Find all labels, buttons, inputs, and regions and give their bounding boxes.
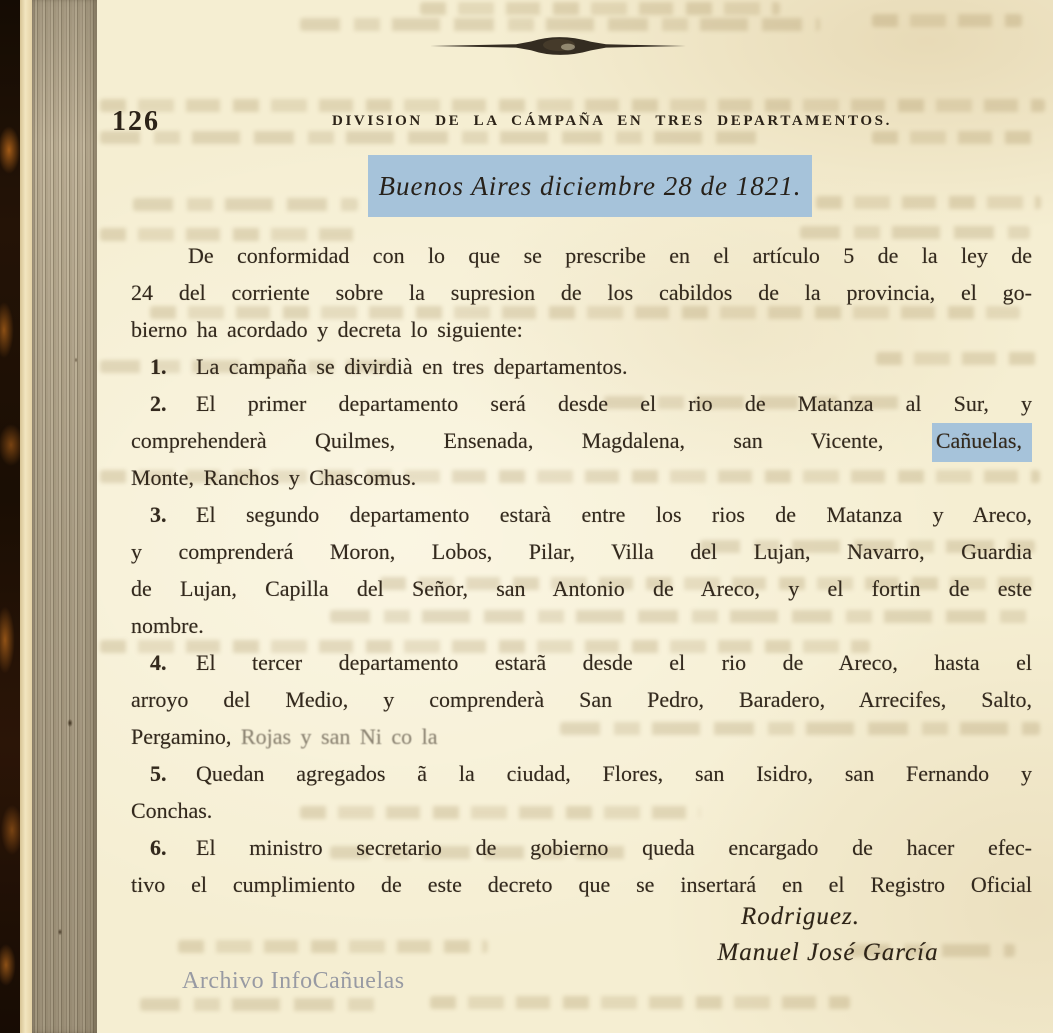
text-run: arroyo del Medio, y comprenderà San Pedr… <box>131 687 1032 712</box>
text-run: El ministro secretario de gobierno queda… <box>196 835 1032 860</box>
bleed-through-text <box>816 196 1041 209</box>
text-line: Monte, Ranchos y Chascomus. <box>131 459 1032 496</box>
book-binding <box>0 0 97 1033</box>
text-run: y comprenderá Moron, Lobos, Pilar, Villa… <box>131 539 1032 564</box>
highlighted-place-name: Cañuelas, <box>932 423 1032 462</box>
archive-watermark: Archivo InfoCañuelas <box>182 968 405 995</box>
article-number: 2. <box>150 385 196 422</box>
text-line: 1.La campaña se divirdià en tres departa… <box>131 348 1032 385</box>
bleed-through-text <box>100 131 765 144</box>
text-run: nombre. <box>131 613 204 638</box>
bleed-through-text <box>133 198 358 211</box>
article-number: 4. <box>150 644 196 681</box>
text-run: Monte, Ranchos y Chascomus. <box>131 465 416 490</box>
text-run: Conchas. <box>131 798 212 823</box>
text-run: El segundo departamento estarà entre los… <box>196 502 1032 527</box>
bleed-through-text <box>100 99 1045 112</box>
text-run: 24 del corriente sobre la supresion de l… <box>131 280 1032 305</box>
bleed-through-text <box>420 2 780 15</box>
bleed-through-text <box>430 996 850 1009</box>
text-line: Conchas. <box>131 792 1032 829</box>
text-run: Quedan agregados ã la ciudad, Flores, sa… <box>196 761 1032 786</box>
running-header: DIVISION DE LA CÁMPAÑA EN TRES DEPARTAME… <box>288 113 936 130</box>
text-line: 6.El ministro secretario de gobierno que… <box>131 829 1032 866</box>
text-run: La campaña se divirdià en tres departame… <box>196 354 627 379</box>
page-gutter <box>20 0 32 1033</box>
text-line: 3.El segundo departamento estarà entre l… <box>131 496 1032 533</box>
text-run: bierno ha acordado y decreta lo siguient… <box>131 317 523 342</box>
article-number: 3. <box>150 496 196 533</box>
bleed-through-text <box>178 940 488 953</box>
article-number: 5. <box>150 755 196 792</box>
dateline-text: Buenos Aires diciembre 28 de 1821. <box>379 171 802 202</box>
text-line: nombre. <box>131 607 1032 644</box>
text-run: El primer departamento será desde el rio… <box>196 391 1032 416</box>
text-line: tivo el cumplimiento de este decreto que… <box>131 866 1032 903</box>
text-line: 4.El tercer departamento estarã desde el… <box>131 644 1032 681</box>
book-cover-edge <box>0 0 20 1033</box>
text-line: 5.Quedan agregados ã la ciudad, Flores, … <box>131 755 1032 792</box>
text-run: El tercer departamento estarã desde el r… <box>196 650 1032 675</box>
signature-rodriguez: Rodriguez. <box>703 903 898 931</box>
signature-garcia: Manuel José García <box>703 939 953 967</box>
article-number: 1. <box>150 348 196 385</box>
text-run: comprehenderà Quilmes, Ensenada, Magdale… <box>131 428 932 453</box>
text-line: comprehenderà Quilmes, Ensenada, Magdale… <box>131 422 1032 459</box>
text-line: bierno ha acordado y decreta lo siguient… <box>131 311 1032 348</box>
article-number: 6. <box>150 829 196 866</box>
text-line: y comprenderá Moron, Lobos, Pilar, Villa… <box>131 533 1032 570</box>
text-run: de Lujan, Capilla del Señor, san Antonio… <box>131 576 1032 601</box>
text-run: Pergamino, <box>131 724 241 749</box>
bleed-through-text <box>140 998 380 1011</box>
text-line: de Lujan, Capilla del Señor, san Antonio… <box>131 570 1032 607</box>
text-line: Pergamino, Rojas y san Ni co la <box>131 718 1032 755</box>
book-page-scan: 126 DIVISION DE LA CÁMPAÑA EN TRES DEPAR… <box>0 0 1053 1033</box>
text-run: tivo el cumplimiento de este decreto que… <box>131 872 1032 897</box>
text-line: 24 del corriente sobre la supresion de l… <box>131 274 1032 311</box>
dateline-highlight: Buenos Aires diciembre 28 de 1821. <box>368 155 812 217</box>
text-line: De conformidad con lo que se prescribe e… <box>131 237 1032 274</box>
decree-body: De conformidad con lo que se prescribe e… <box>131 237 1032 903</box>
bleed-through-text <box>300 18 820 31</box>
ornament-divider-icon <box>430 35 688 57</box>
faded-text-run: Rojas y san Ni co la <box>241 724 438 749</box>
text-run: De conformidad con lo que se prescribe e… <box>188 243 1032 268</box>
page-number: 126 <box>112 106 160 138</box>
text-line: arroyo del Medio, y comprenderà San Pedr… <box>131 681 1032 718</box>
text-line: 2.El primer departamento será desde el r… <box>131 385 1032 422</box>
bleed-through-text <box>872 14 1022 27</box>
page-edges-texture <box>32 0 97 1033</box>
bleed-through-text <box>872 131 1040 144</box>
